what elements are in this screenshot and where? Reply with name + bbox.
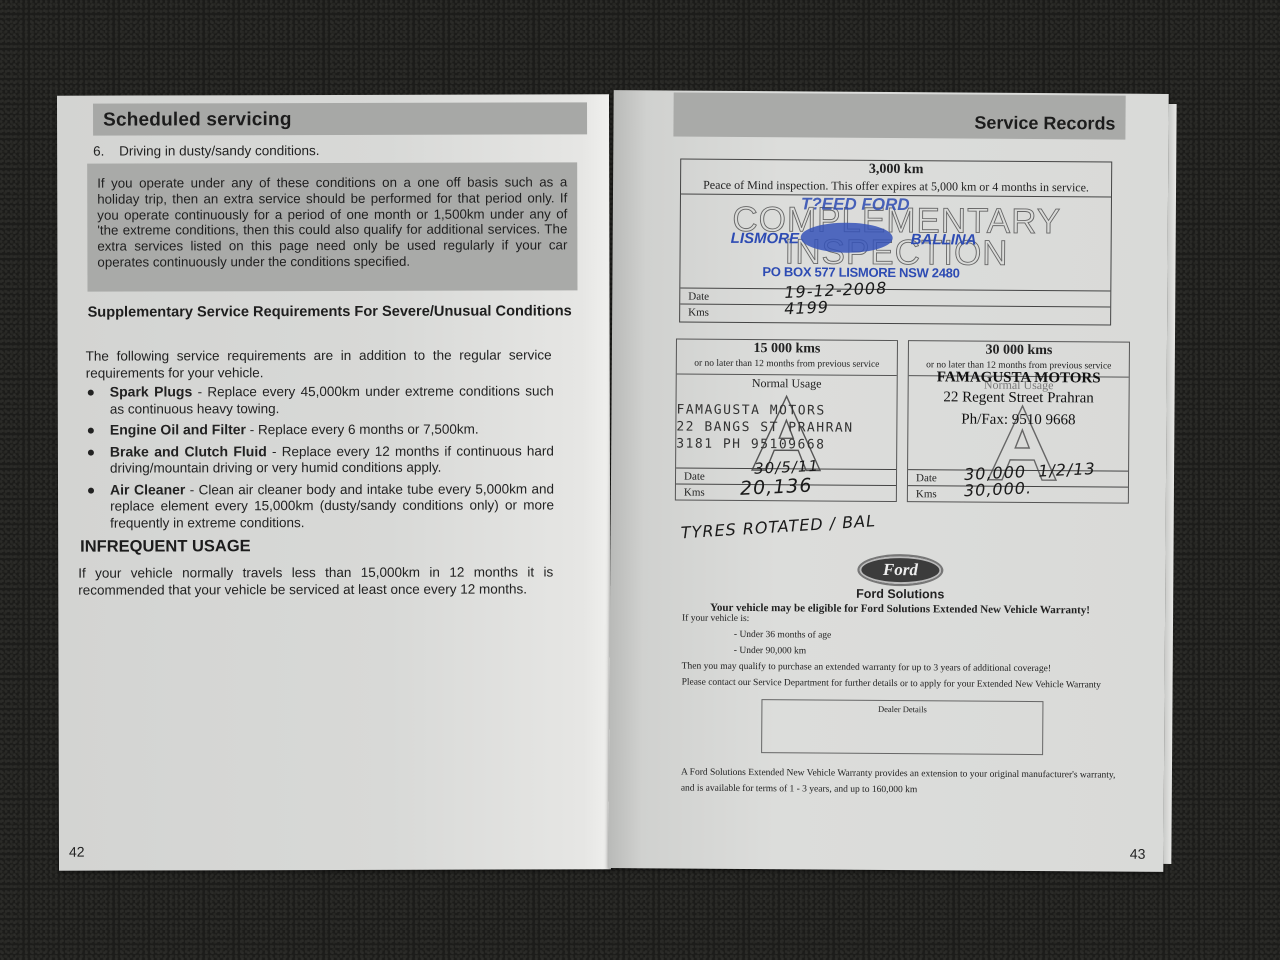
note-box: If you operate under any of these condit… (87, 162, 577, 291)
bullet-icon (88, 390, 94, 396)
list-item: Spark Plugs - Replace every 45,000km und… (84, 382, 554, 417)
kms-label: Kms (688, 307, 709, 319)
left-page: Scheduled servicing 6.Driving in dusty/s… (57, 94, 611, 870)
page-number: 42 (69, 844, 85, 860)
numbered-item: 6.Driving in dusty/sandy conditions. (93, 143, 319, 159)
stamp-address: PO BOX 577 LISMORE NSW 2480 (762, 264, 959, 280)
dealer-details-label: Dealer Details (878, 704, 927, 714)
date-label: Date (916, 472, 937, 484)
service-15000-box: 15 000 kms or no later than 12 months fr… (675, 339, 898, 503)
note-text: If you operate under any of these condit… (97, 174, 567, 270)
stamp-phone: Ph/Fax: 9510 9668 (918, 408, 1118, 431)
date-label: Date (688, 291, 709, 303)
handwritten-kms: 30,000. (964, 478, 1033, 500)
stamp-dealer-name: FAMAGUSTA MOTORS (919, 369, 1119, 387)
list-item: Air Cleaner - Clean air cleaner body and… (84, 480, 554, 532)
stamp-dealer-name: T?EED FORD (801, 194, 910, 215)
item-number: 6. (93, 144, 119, 159)
supplementary-intro: The following service requirements are i… (86, 346, 552, 381)
kms-label: Kms (684, 487, 705, 499)
warranty-footer-line: and is available for terms of 1 - 3 year… (681, 781, 1151, 800)
supplementary-heading: Supplementary Service Requirements For S… (88, 302, 578, 322)
stamp-address: 22 Regent Street Prahran (919, 386, 1119, 409)
stamp-line: FAMAGUSTA MOTORS (676, 402, 853, 420)
service-title: 30 000 kms (909, 341, 1129, 361)
item-label: Spark Plugs (110, 383, 193, 399)
warranty-conditions: If your vehicle is: - Under 36 months of… (682, 611, 1143, 694)
section-title: Scheduled servicing (103, 109, 292, 131)
stamp-right-town: BALLINA (911, 231, 977, 248)
section-banner: Scheduled servicing (93, 102, 587, 135)
list-item: Engine Oil and Filter - Replace every 6 … (84, 420, 554, 439)
item-label: Brake and Clutch Fluid (110, 443, 267, 459)
warranty-contact-line: Please contact our Service Department fo… (682, 675, 1142, 694)
handwritten-note: TYRES ROTATED / BAL (680, 511, 876, 542)
kms-label: Kms (916, 488, 937, 500)
service-header: 15 000 kms or no later than 12 months fr… (677, 340, 897, 377)
page-number: 43 (1130, 846, 1146, 862)
warranty-footer: A Ford Solutions Extended New Vehicle Wa… (681, 765, 1151, 800)
item-text: Driving in dusty/sandy conditions. (119, 143, 319, 159)
item-label: Engine Oil and Filter (110, 421, 246, 437)
inspection-3000-box: 3,000 km Peace of Mind inspection. This … (679, 159, 1112, 326)
dealer-stamp: FAMAGUSTA MOTORS 22 Regent Street Prahra… (918, 369, 1118, 431)
ford-logo-icon: Ford (857, 554, 943, 587)
ford-solutions-section: Ford Ford Solutions Your vehicle may be … (670, 552, 1130, 616)
bullet-icon (88, 487, 94, 493)
item-label: Air Cleaner (110, 481, 185, 497)
ford-oval-stamp-icon (801, 222, 893, 253)
infrequent-usage-body: If your vehicle normally travels less th… (78, 563, 553, 598)
stamp-left-town: LISMORE (731, 230, 799, 247)
infrequent-usage-heading: INFREQUENT USAGE (80, 537, 251, 556)
ford-solutions-title: Ford Solutions (670, 585, 1130, 602)
handwritten-kms: 20,136 (739, 475, 812, 500)
right-page: Service Records 3,000 km Peace of Mind i… (608, 90, 1168, 872)
section-banner: Service Records (673, 92, 1125, 139)
dealer-stamp: FAMAGUSTA MOTORS22 BANGS ST PRAHRAN3181 … (676, 402, 854, 454)
bullet-icon (88, 428, 94, 434)
service-subtitle: or no later than 12 months from previous… (677, 358, 897, 373)
list-item: Brake and Clutch Fluid - Replace every 1… (84, 442, 554, 477)
requirements-list: Spark Plugs - Replace every 45,000km und… (84, 382, 554, 535)
inspection-header: 3,000 km Peace of Mind inspection. This … (681, 160, 1111, 198)
kms-row: Kms (680, 304, 1110, 324)
handwritten-kms: 4199 (784, 297, 830, 318)
dealer-details-box: Dealer Details (761, 699, 1043, 755)
date-label: Date (684, 471, 705, 483)
section-title: Service Records (974, 113, 1115, 135)
item-text: - Replace every 6 months or 7,500km. (246, 422, 479, 438)
usage-label: Normal Usage (677, 375, 897, 393)
service-30000-box: 30 000 kms or no later than 12 months fr… (907, 340, 1130, 504)
bullet-icon (88, 449, 94, 455)
service-title: 15 000 kms (677, 340, 897, 360)
inspection-subtitle: Peace of Mind inspection. This offer exp… (681, 177, 1111, 196)
stamp-line: 3181 PH 95109668 (676, 436, 853, 454)
stamp-line: 22 BANGS ST PRAHRAN (676, 419, 853, 437)
